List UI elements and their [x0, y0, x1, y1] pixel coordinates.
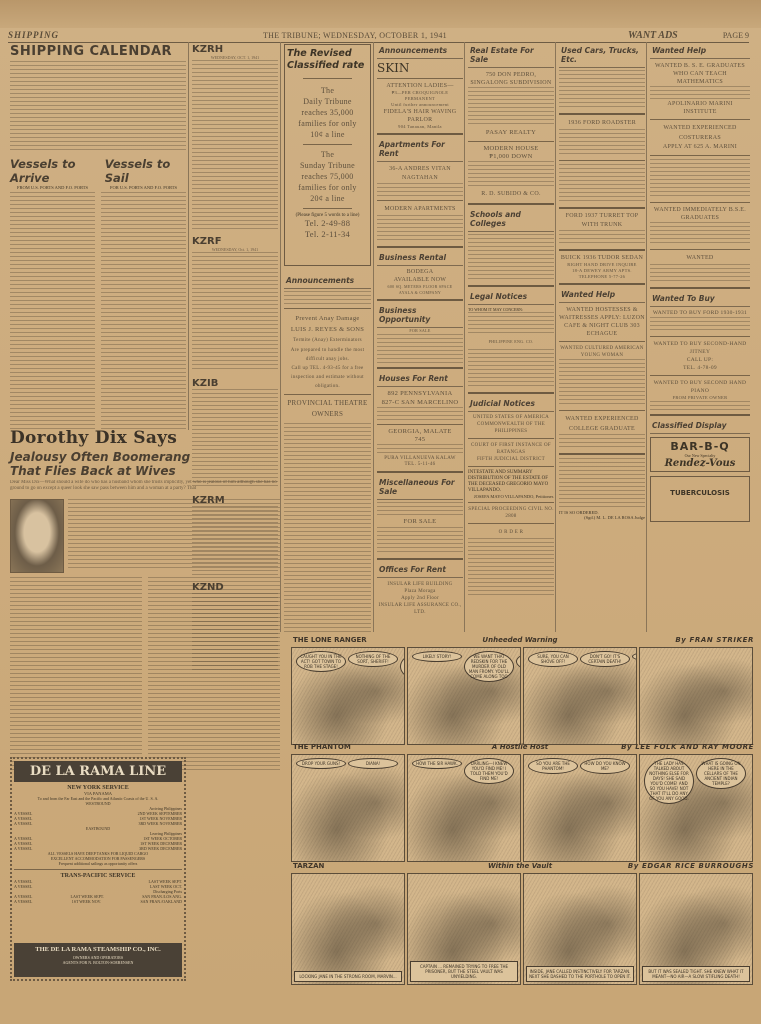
comic-panel: DROP YOUR GUNS!DIANA!: [291, 754, 405, 862]
comic-panel: CAUGHT YOU IN THE ACT! GOT TOWN TO ROB T…: [291, 647, 405, 745]
speech-balloon: THE LADY HAS TALKED ABOUT NOTHING ELSE F…: [644, 758, 694, 804]
column-rule: [464, 42, 465, 632]
comic-panel: SO YOU ARE THE PHANTOM!HOW DO YOU KNOW M…: [523, 754, 637, 862]
pura-tel: TEL. 5-11-46: [377, 462, 463, 468]
arrive-subtitle: FROM U.S. PORTS AND F.O. PORTS: [10, 185, 95, 190]
call-up: Call up TEL. 4-93-45 for a free inspecti…: [284, 364, 371, 391]
insular-assurance: INSULAR LIFE ASSURANCE CO., LTD.: [377, 602, 463, 616]
experienced-grad: WANTED EXPERIENCED COLLEGE GRADUATE: [559, 414, 645, 434]
radio-station-kzrf: KZRFWEDNESDAY, Oct. 1, 1941: [192, 236, 278, 372]
panel-artwork: [292, 874, 404, 984]
column-rule: [188, 42, 189, 430]
judge: (Sgd.) M. L. DE LA ROSA Judge: [559, 515, 645, 520]
speech-balloon: LOCKING JANE IN THE STRONG ROOM, MARVIN.…: [294, 971, 402, 982]
station-schedule: [192, 252, 278, 372]
column-rule: [373, 42, 374, 632]
company-agents: AGENTS FOR N. BOLTON-SOERENSEN: [14, 960, 182, 965]
company-name: THE DE LA RAMA STEAMSHIP CO., INC.: [14, 943, 182, 953]
vessel: A VESSEL: [14, 846, 32, 851]
misc-text-2: [377, 527, 463, 555]
speech-balloon: NOTHING OF THE SORT, SHERIFF!: [348, 651, 398, 667]
rendez-vous: Rendez-Vous: [653, 458, 747, 469]
vessel: A VESSEL: [14, 884, 32, 889]
comic-panel: SURE, YOU CAN SHOVE OFF!DON'T GO! IT'S C…: [523, 647, 637, 745]
georgia-text: [377, 444, 463, 456]
sunday-2: Sunday Tribune: [287, 160, 368, 171]
column-rule: [555, 42, 556, 632]
comic-panel: CAPTAIN ... REMAINED TRYING TO FREE THE …: [407, 873, 521, 985]
legal-text-2: [468, 349, 554, 389]
masthead: SHIPPING THE TRIBUNE; WEDNESDAY, OCTOBER…: [8, 30, 749, 43]
sailings-list: [101, 192, 186, 432]
legal-header: Legal Notices: [468, 290, 554, 305]
comic-panel: [639, 647, 753, 745]
daily-2: Daily Tribune: [287, 96, 368, 107]
comic-panel: LIKELY STORY!WE WANT THAT REDSKIN FOR TH…: [407, 647, 521, 745]
comic-panel: HOW THE SIR HAWK.DARLING—I KNEW YOU'D FI…: [407, 754, 521, 862]
station-call-sign: KZRH: [192, 44, 278, 55]
tp-east-list: A VESSELLAST WEEK SEPT.SAN FRAN./LOS ANG…: [14, 894, 182, 904]
intestate: INTESTATE AND SUMMARY DISTRIBUTION OF TH…: [468, 470, 554, 494]
port: SAN FRAN./OAKLAND: [140, 899, 182, 904]
misc-for-sale: FOR SALE: [377, 516, 463, 527]
tuberculosis: TUBERCULOSIS: [653, 489, 747, 497]
want-ads-label: WANT ADS: [628, 30, 678, 41]
apartments-header: Apartments For Rent: [377, 138, 463, 162]
jitney: WANTED TO BUY SECOND-HAND JITNEY: [650, 340, 750, 356]
order: O R D E R: [468, 527, 554, 538]
comic-strip-title: TARZANWithin the VaultBy EDGAR RICE BURR…: [290, 862, 758, 872]
wanted-agents: WANTED: [650, 253, 750, 264]
radio-station-kzrh: KZRHWEDNESDAY, OCT. 1, 1941: [192, 44, 278, 230]
philippine-eng: PHILIPPINE ENG. CO.: [468, 336, 554, 347]
business-rental-header: Business Rental: [377, 251, 463, 266]
ford-roadster: 1936 FORD ROADSTER: [559, 118, 645, 129]
display-header: Classified Display: [650, 419, 750, 434]
ny-west-list: A VESSEL2ND WEEK SEPTEMBERA VESSEL1ST WE…: [14, 811, 182, 826]
station-call-sign: KZIB: [192, 378, 278, 389]
theatre-text: [284, 423, 371, 633]
comic-strip-title: THE LONE RANGERUnheeded WarningBy FRAN S…: [290, 636, 758, 646]
speech-balloon: DIANA!: [348, 758, 398, 769]
comic-panel: LOCKING JANE IN THE STRONG ROOM, MARVIN.…: [291, 873, 405, 985]
announcements-fine: [284, 291, 371, 305]
rate-title-1: The Revised: [287, 48, 368, 60]
shipping-column: SHIPPING CALENDAR Vessels to Arrive Vess…: [10, 44, 186, 432]
comic-name: TARZAN: [293, 862, 324, 870]
dix-portrait: [10, 499, 64, 573]
announcements-header-2: Announcements: [284, 274, 371, 289]
turret-text: [559, 230, 645, 246]
prepared: Are prepared to handle the most difficul…: [284, 346, 371, 364]
sunday-4: families for only: [287, 182, 368, 193]
wanted-buy-header: Wanted To Buy: [650, 292, 750, 307]
modern-apartments-text: [377, 215, 463, 243]
misc-text: [377, 502, 463, 516]
georgia-malate: GEORGIA, MALATE: [377, 428, 463, 436]
cultured-text: [559, 359, 645, 407]
fidela: FIDELA'S HAIR WAVING PARLOR: [377, 108, 463, 124]
tb-ad: TUBERCULOSIS: [650, 476, 750, 522]
speech-balloon: DROP YOUR GUNS!: [296, 758, 346, 769]
steamship-company-block: THE DE LA RAMA STEAMSHIP CO., INC. OWNER…: [14, 943, 182, 977]
call-up-jitney: CALL UP:: [650, 356, 750, 364]
immediately-text: [650, 222, 750, 246]
buick: BUICK 1936 TUDOR SEDAN: [559, 254, 645, 262]
misc-header: Miscellaneous For Sale: [377, 476, 463, 500]
announcements-header: Announcements: [377, 44, 463, 59]
piano-text: [650, 401, 750, 411]
ford-buy-text: [650, 317, 750, 333]
shipping-calendar-title: SHIPPING CALENDAR: [10, 44, 186, 59]
vessel: A VESSEL: [14, 821, 32, 826]
hostesses: WANTED HOSTESSES & WAITRESSES APPLY: LUZ…: [559, 306, 645, 338]
sail-subtitle: FOR U.S. PORTS AND F.O. PORTS: [101, 185, 186, 190]
plaza: Plaza Moraga: [377, 588, 463, 595]
comic-name: THE PHANTOM: [293, 743, 351, 751]
comic-strip-title: THE PHANTOMA Hostile HostBy LEE FOLK AND…: [290, 743, 758, 753]
vitan: 36-A ANDRES VITAN NAGTAHAN: [377, 165, 463, 183]
rate-column: The Revised Classified rate The Daily Tr…: [284, 44, 371, 633]
classified-col-4: Wanted Help WANTED B. S. E. GRADUATES WH…: [650, 44, 750, 522]
used-cars-header: Used Cars, Trucks, Etc.: [559, 44, 645, 68]
daily-3: reaches 35,000: [287, 107, 368, 118]
radio-station-kzrm: KZRM: [192, 495, 278, 576]
prevent-anay: Prevent Anay Damage: [284, 313, 371, 324]
comic-panel: THE LADY HAS TALKED ABOUT NOTHING ELSE F…: [639, 754, 753, 862]
schools-text: [468, 234, 554, 282]
vitan-text: [377, 183, 463, 197]
jitney-tel: TEL. 4-78-09: [650, 364, 750, 372]
column-rule: [280, 42, 281, 632]
arrivals-list: [10, 192, 95, 432]
special-proceeding: SPECIAL PROCEEDING CIVIL NO. 2808: [468, 506, 554, 520]
general-text: [650, 159, 750, 199]
opp-text: [377, 334, 463, 364]
comic-byline: By FRAN STRIKER: [675, 636, 754, 644]
column-rule: [646, 42, 647, 632]
comic-panel: INSIDE, JANE CALLED INSTINCTIVELY FOR TA…: [523, 873, 637, 985]
fidela-addr: 904 Tanauan, Manila: [377, 124, 463, 130]
radio-station-kzib: KZIB: [192, 378, 278, 489]
speech-balloon: WHAT IS GOING ON HERE IN THE CELLARS OF …: [696, 758, 746, 789]
josefa: JOSEFA MAYO VILLAPANDO, Petitioner.: [468, 494, 554, 499]
costureras: WANTED EXPERIENCED COSTURERAS: [650, 123, 750, 143]
speech-balloon: BUT IT WAS SEALED TIGHT. SHE KNEW WHAT I…: [642, 966, 750, 982]
houses-header: Houses For Rent: [377, 372, 463, 387]
speech-balloon: CAUGHT YOU IN THE ACT! GOT TOWN TO ROB T…: [296, 651, 346, 672]
daily-5: 10¢ a line: [287, 129, 368, 140]
apply-2nd: Apply 2nd Floor: [377, 595, 463, 602]
agents-text: [650, 264, 750, 284]
rate-title-2: Classified rate: [287, 60, 368, 72]
when: 3RD WEEK NOVEMBER: [139, 821, 182, 826]
don-pedro-text: [468, 87, 554, 127]
chevrolet-text: [559, 164, 645, 204]
experienced-text: [559, 434, 645, 450]
dewey: 18-A DEWEY ARMY APTS. TELEPHONE 5-77-26: [559, 268, 645, 280]
schedule-row: A VESSEL1ST WEEK NOV.SAN FRAN./OAKLAND: [14, 899, 182, 904]
comic-byline: By EDGAR RICE BURROUGHS: [628, 862, 754, 870]
station-schedule: [192, 389, 278, 489]
radio-station-kznd: KZND: [192, 582, 278, 673]
perm: ₱3—PER CROQUIGNOLE PERMANENT: [377, 90, 463, 102]
immediately: WANTED IMMEDIATELY B.S.E. GRADUATES: [650, 206, 750, 222]
judicial-header: Judicial Notices: [468, 397, 554, 412]
daily-4: families for only: [287, 118, 368, 129]
when: 1ST WEEK NOV.: [72, 899, 101, 904]
speech-balloon: LIKELY STORY!: [412, 651, 462, 662]
speech-balloon: SURE, YOU CAN SHOVE OFF!: [528, 651, 578, 667]
speech-balloon: HOW THE SIR HAWK.: [412, 758, 462, 769]
order-text-cont: [559, 458, 645, 510]
comic-panel: BUT IT WAS SEALED TIGHT. SHE KNEW WHAT I…: [639, 873, 753, 985]
radio-column: KZRHWEDNESDAY, OCT. 1, 1941KZRFWEDNESDAY…: [192, 44, 278, 679]
termite: Termite (Anay) Exterminators: [284, 335, 371, 346]
wanted-help-header: Wanted Help: [559, 288, 645, 303]
panel-artwork: [640, 648, 752, 744]
station-call-sign: KZRM: [192, 495, 278, 506]
de-la-rama-ad: DE LA RAMA LINE NEW YORK SERVICE VIA PAN…: [10, 757, 186, 981]
modern-house-text: [468, 161, 554, 189]
roadster-text: [559, 129, 645, 157]
panel-artwork: [292, 755, 404, 861]
pasay-realty: PASAY REALTY: [468, 127, 554, 138]
comic-name: THE LONE RANGER: [293, 636, 367, 644]
offices-header: Offices For Rent: [377, 563, 463, 578]
ayala: AYALA & COMPANY: [377, 290, 463, 296]
speech-balloon: HOW DO YOU KNOW ME?: [580, 758, 630, 774]
schools-header: Schools and Colleges: [468, 208, 554, 232]
sunday-5: 20¢ a line: [287, 193, 368, 204]
penn-text: [377, 407, 463, 421]
vessel: A VESSEL: [14, 899, 32, 904]
piano: WANTED TO BUY SECOND HAND PIANO: [650, 379, 750, 395]
classified-col-1: Announcements SKIN ATTENTION LADIES— ₱3—…: [377, 44, 463, 616]
provincial-theatre: PROVINCIAL THEATRE OWNERS: [284, 398, 371, 420]
court: COURT OF FIRST INSTANCE OF BATANGAS: [468, 442, 554, 456]
insular: INSULAR LIFE BUILDING: [377, 581, 463, 588]
speech-balloon: SO YOU ARE THE PHANTOM!: [528, 758, 578, 774]
comic-title: A Hostile Host: [460, 743, 580, 751]
comic-title: Within the Vault: [460, 862, 580, 870]
bse-grads: WANTED B. S. E. GRADUATES WHO CAN TEACH …: [650, 62, 750, 86]
bodega: BODEGA: [377, 268, 463, 276]
modern-apartments: MODERN APARTMENTS: [377, 204, 463, 215]
de-la-rama-title: DE LA RAMA LINE: [14, 761, 182, 782]
section-name: SHIPPING: [8, 30, 59, 40]
pennsylvania: 892 PENNSYLVANIA: [377, 389, 463, 398]
legal-text-1: [468, 312, 554, 336]
station-schedule: [192, 593, 278, 673]
don-pedro: 750 DON PEDRO, SINGALONG SUBDIVISION: [468, 71, 554, 87]
apply-marini: APPLY AT 625 A. MARINI: [650, 143, 750, 152]
classified-col-3: Used Cars, Trucks, Etc. 1936 FORD ROADST…: [559, 44, 645, 520]
comic-byline: By LEE FOLK AND RAY MOORE: [621, 743, 754, 751]
station-schedule: [192, 60, 278, 230]
used-cars-text: [559, 70, 645, 110]
georgia-num: 745: [377, 436, 463, 444]
speech-balloon: WE WANT THAT REDSKIN FOR THE MURDER OF O…: [464, 651, 514, 682]
station-call-sign: KZRF: [192, 236, 278, 247]
tp-west-list: A VESSELLAST WEEK SEPT.A VESSELLAST WEEK…: [14, 879, 182, 889]
business-opportunity-header: Business Opportunity: [377, 304, 463, 328]
modern-house: MODERN HOUSE: [468, 145, 554, 153]
frequent-sailings: Frequent additional sailings as opportun…: [14, 861, 182, 866]
available-now: AVAILABLE NOW: [377, 276, 463, 284]
down-payment: ₱1,000 DOWN: [468, 153, 554, 161]
dix-text-2: [10, 577, 142, 772]
reyes-sons: LUIS J. REYES & SONS: [284, 324, 371, 335]
rate-tel-2: Tel. 2-11-34: [287, 229, 368, 240]
skin-ad: SKIN: [377, 61, 463, 75]
attention-ladies: ATTENTION LADIES—: [377, 82, 463, 90]
speech-balloon: CAPTAIN ... REMAINED TRYING TO FREE THE …: [410, 961, 518, 982]
vessels-sail-title: Vessels to Sail: [105, 157, 186, 185]
vessels-arrive-title: Vessels to Arrive: [10, 157, 105, 185]
usa: UNITED STATES OF AMERICA COMMONWEALTH OF…: [468, 414, 554, 435]
san-marcelino: 827-C SAN MARCELINO: [377, 398, 463, 407]
newspaper-page: SHIPPING THE TRIBUNE; WEDNESDAY, OCTOBER…: [0, 0, 761, 1024]
classified-col-2: Real Estate For Sale 750 DON PEDRO, SING…: [468, 44, 554, 596]
ford-buy: WANTED TO BUY FORD 1930-1931: [650, 309, 750, 317]
cultured: WANTED CULTURED AMERICAN YOUNG WOMAN: [559, 345, 645, 359]
speech-balloon: DARLING—I KNEW YOU'D FIND ME! I TOLD THE…: [464, 758, 514, 784]
torn-top-edge: [0, 0, 761, 28]
station-call-sign: KZND: [192, 582, 278, 593]
real-estate-header: Real Estate For Sale: [468, 44, 554, 68]
barbq-ad: BAR-B-Q Our New Specialty Rendez-Vous: [650, 437, 750, 472]
order-text: [468, 538, 554, 596]
paper-date: THE TRIBUNE; WEDNESDAY, OCTOBER 1, 1941: [263, 31, 447, 40]
revised-rate-box: The Revised Classified rate The Daily Tr…: [284, 44, 371, 266]
marini: APOLINARIO MARINI INSTITUTE: [650, 100, 750, 116]
subido: R. D. SUBIDO & CO.: [468, 189, 554, 200]
shipping-schedule-text: [10, 61, 186, 153]
ny-east-list: A VESSEL1ST WEEK OCTOBERA VESSEL1ST WEEK…: [14, 836, 182, 851]
bse-text: [650, 86, 750, 100]
station-schedule: [192, 506, 278, 576]
rate-tel-1: Tel. 2-49-88: [287, 218, 368, 229]
ford-turret: FORD 1937 TURRET TOP WITH TRUNK: [559, 212, 645, 230]
district: FIFTH JUDICIAL DISTRICT: [468, 456, 554, 463]
daily-1: The: [287, 85, 368, 96]
speech-balloon: INSIDE, JANE CALLED INSTINCTIVELY FOR TA…: [526, 966, 634, 982]
wanted-help-header-2: Wanted Help: [650, 44, 750, 59]
page-number: PAGE 9: [723, 31, 749, 40]
comic-title: Unheeded Warning: [460, 636, 580, 644]
sunday-1: The: [287, 149, 368, 160]
speech-balloon: DON'T GO! IT'S CERTAIN DEATH!: [580, 651, 630, 667]
sunday-3: reaches 75,000: [287, 171, 368, 182]
barbq: BAR-B-Q: [653, 440, 747, 453]
